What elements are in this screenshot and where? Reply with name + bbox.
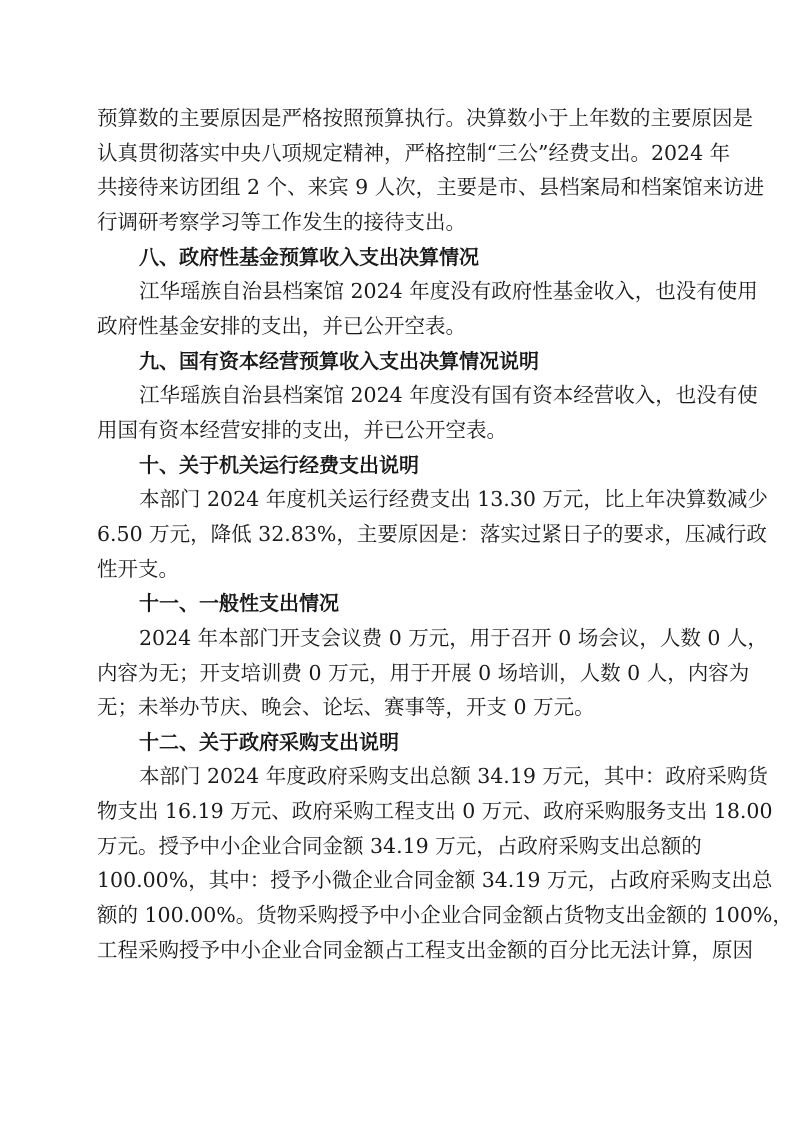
paragraph-line: 额的 100.00%。货物采购授予中小企业合同金额占货物支出金额的 100%， <box>97 898 697 933</box>
paragraph-line: 本部门 2024 年度政府采购支出总额 34.19 万元，其中：政府采购货 <box>97 759 697 794</box>
paragraph-line: 预算数的主要原因是严格按照预算执行。决算数小于上年数的主要原因是 <box>97 101 697 136</box>
document-page: 预算数的主要原因是严格按照预算执行。决算数小于上年数的主要原因是 认真贯彻落实中… <box>97 101 697 967</box>
paragraph-line: 内容为无；开支培训费 0 万元，用于开展 0 场培训，人数 0 人，内容为 <box>97 656 697 691</box>
paragraph-line: 用国有资本经营安排的支出，并已公开空表。 <box>97 413 697 448</box>
paragraph-line: 物支出 16.19 万元、政府采购工程支出 0 万元、政府采购服务支出 18.0… <box>97 794 697 829</box>
paragraph-line: 本部门 2024 年度机关运行经费支出 13.30 万元，比上年决算数减少 <box>97 482 697 517</box>
paragraph-line: 工程采购授予中小企业合同金额占工程支出金额的百分比无法计算，原因 <box>97 933 697 968</box>
paragraph-line: 共接待来访团组 2 个、来宾 9 人次，主要是市、县档案局和档案馆来访进 <box>97 170 697 205</box>
paragraph-line: 万元。授予中小企业合同金额 34.19 万元，占政府采购支出总额的 <box>97 829 697 864</box>
paragraph-line: 认真贯彻落实中央八项规定精神，严格控制“三公”经费支出。2024 年 <box>97 136 697 171</box>
paragraph-line: 性开支。 <box>97 552 697 587</box>
paragraph-line: 政府性基金安排的支出，并已公开空表。 <box>97 309 697 344</box>
paragraph-line: 江华瑶族自治县档案馆 2024 年度没有国有资本经营收入，也没有使 <box>97 378 697 413</box>
paragraph-line: 2024 年本部门开支会议费 0 万元，用于召开 0 场会议，人数 0 人， <box>97 621 697 656</box>
section-heading: 九、国有资本经营预算收入支出决算情况说明 <box>97 344 697 379</box>
section-heading: 十、关于机关运行经费支出说明 <box>97 448 697 483</box>
paragraph-line: 江华瑶族自治县档案馆 2024 年度没有政府性基金收入，也没有使用 <box>97 274 697 309</box>
paragraph-line: 6.50 万元，降低 32.83%，主要原因是：落实过紧日子的要求，压减行政 <box>97 517 697 552</box>
section-heading: 十一、一般性支出情况 <box>97 586 697 621</box>
paragraph-line: 100.00%，其中：授予小微企业合同金额 34.19 万元，占政府采购支出总 <box>97 863 697 898</box>
paragraph-line: 无；未举办节庆、晚会、论坛、赛事等，开支 0 万元。 <box>97 690 697 725</box>
section-heading: 八、政府性基金预算收入支出决算情况 <box>97 240 697 275</box>
section-heading: 十二、关于政府采购支出说明 <box>97 725 697 760</box>
paragraph-line: 行调研考察学习等工作发生的接待支出。 <box>97 205 697 240</box>
